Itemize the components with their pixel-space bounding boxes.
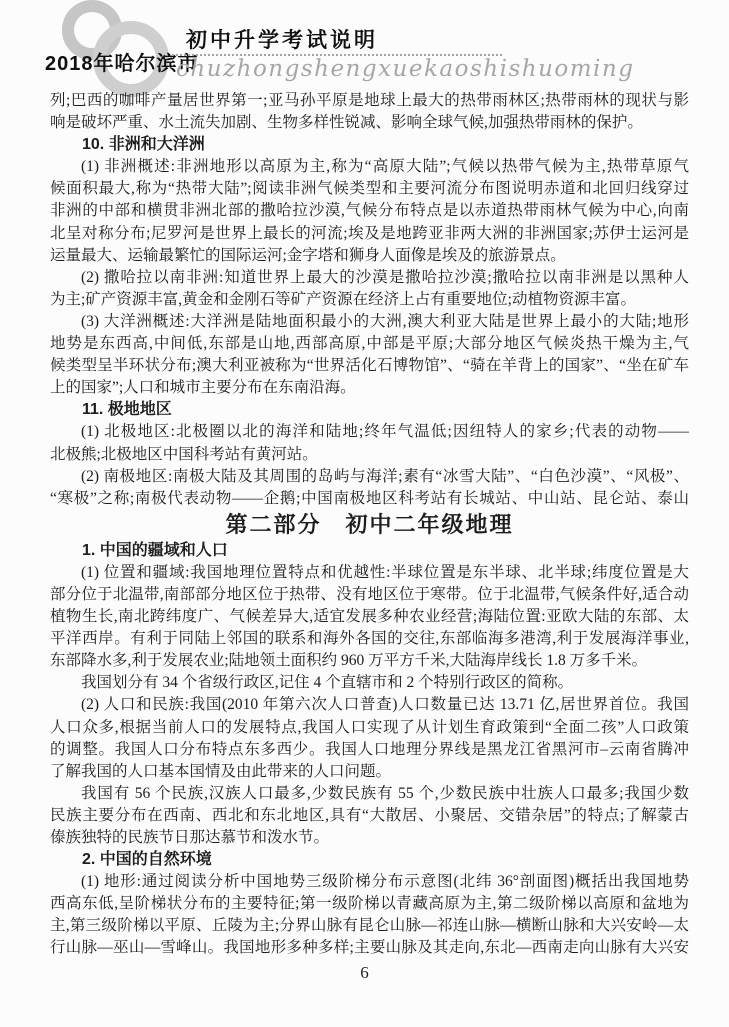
text-line: 我国划分有 34 个省级行政区,记住 4 个直辖市和 2 个特别行政区的简称。 [50, 672, 689, 694]
text-line: (3) 大洋洲概述:大洋洲是陆地面积最小的大洲,澳大利亚大陆是世界上最小的大陆;… [50, 311, 689, 333]
text-line: 候类型呈半环状分布;澳大利亚被称为“世界活化石博物馆”、“骑在羊背上的国家”、“… [50, 355, 689, 377]
text-line: (1) 地形:通过阅读分析中国地势三级阶梯分布示意图(北纬 36°剖面图)概括出… [50, 871, 689, 893]
text-line: (1) 位置和疆域:我国地理位置特点和优越性:半球位置是东半球、北半球;纬度位置… [50, 562, 689, 584]
text-line: 列;巴西的咖啡产量居世界第一;亚马孙平原是地球上最大的热带雨林区;热带雨林的现状… [50, 90, 689, 112]
text-line: 了解我国的人口基本国情及由此带来的人口问题。 [50, 761, 689, 783]
text-line: “寒极”之称;南极代表动物——企鹅;中国南极地区科考站有长城站、中山站、昆仑站、… [50, 488, 689, 510]
topic-heading: 2. 中国的自然环境 [50, 849, 689, 871]
text-line: 北极熊;北极地区中国科考站有黄河站。 [50, 444, 689, 466]
text-line: 地势是东西高,中间低,东部是山地,西部高原,中部是平原;大部分地区气候炎热干燥为… [50, 333, 689, 355]
text-line: (2) 南极地区:南极大陆及其周围的岛屿与海洋;素有“冰雪大陆”、“白色沙漠”、… [50, 466, 689, 488]
text-line: 平洋西岸。有利于同陆上邻国的联系和海外各国的交往,东部临海多港湾,利于发展海洋事… [50, 628, 689, 650]
topic-heading: 11. 极地地区 [50, 399, 689, 421]
text-line: 行山脉—巫山—雪峰山。我国地形多种多样;主要山脉及其走向,东北—西南走向山脉有大… [50, 937, 689, 959]
text-line: 非洲的中部和横贯非洲北部的撒哈拉沙漠,气候分布特点是以赤道热带雨林气候为中心,向… [50, 200, 689, 222]
text-line: 运量最大、运输最繁忙的国际运河;金字塔和狮身人面像是埃及的旅游景点。 [50, 245, 689, 267]
text-line: 的调整。我国人口分布特点东多西少。我国人口地理分界线是黑龙江省黑河市–云南省腾冲… [50, 739, 689, 761]
text-line: 人口众多,根据当前人口的发展特点,我国人口实现了从计划生育政策到“全面二孩”人口… [50, 717, 689, 739]
text-line: 候面积最大,称为“热带大陆”;阅读非洲气候类型和主要河流分布图说明赤道和北回归线… [50, 178, 689, 200]
text-line: 傣族独特的民族节日那达慕节和泼水节。 [50, 827, 689, 849]
document-page: 2018年哈尔滨市 初中升学考试说明 chuzhongshengxuekaosh… [0, 0, 729, 1027]
topic-heading: 10. 非洲和大洋洲 [50, 134, 689, 156]
text-line: 主,第三级阶梯以平原、丘陵为主;分界山脉有昆仑山脉—祁连山脉—横断山脉和大兴安岭… [50, 915, 689, 937]
pinyin-subtitle: chuzhongshengxuekaoshishuoming [176, 56, 634, 82]
text-line: 我国有 56 个民族,汉族人口最多,少数民族有 55 个,少数民族中壮族人口最多… [50, 783, 689, 805]
text-line: 植物生长,南北跨纬度广、气候差异大,适宜发展多种农业经营;海陆位置:亚欧大陆的东… [50, 606, 689, 628]
text-line: 上的国家”;人口和城市主要分布在东南沿海。 [50, 377, 689, 399]
text-line: 北呈对称分布;尼罗河是世界上最长的河流;埃及是地跨亚非两大洲的非洲国家;苏伊士运… [50, 223, 689, 245]
text-line: (2) 撒哈拉以南非洲:知道世界上最大的沙漠是撒哈拉沙漠;撒哈拉以南非洲是以黑种… [50, 267, 689, 289]
text-line: (2) 人口和民族:我国(2010 年第六次人口普查)人口数量已达 13.71 … [50, 694, 689, 716]
text-line: 民族主要分布在西南、西北和东北地区,具有“大散居、小聚居、交错杂居”的特点;了解… [50, 805, 689, 827]
text-line: 西高东低,呈阶梯状分布的主要特征;第一级阶梯以青藏高原为主,第二级阶梯以高原和盆… [50, 893, 689, 915]
topic-heading: 1. 中国的疆域和人口 [50, 540, 689, 562]
text-line: (1) 非洲概述:非洲地形以高原为主,称为“高原大陆”;气候以热带气候为主,热带… [50, 156, 689, 178]
content-lines: 列;巴西的咖啡产量居世界第一;亚马孙平原是地球上最大的热带雨林区;热带雨林的现状… [50, 90, 689, 960]
text-line: 为主;矿产资源丰富,黄金和金刚石等矿产资源在经济上占有重要地位;动植物资源丰富。 [50, 289, 689, 311]
text-line: 东部降水多,利于发展农业;陆地领土面积约 960 万平方千米,大陆海岸线长 1.… [50, 650, 689, 672]
page-number: 6 [0, 963, 729, 983]
book-title: 初中升学考试说明 [186, 24, 378, 54]
section-heading: 第二部分 初中二年级地理 [50, 510, 689, 540]
text-line: 响是破坏严重、水土流失加剧、生物多样性锐减、影响全球气候,加强热带雨林的保护。 [50, 112, 689, 134]
text-line: (1) 北极地区:北极圈以北的海洋和陆地;终年气温低;因纽特人的家乡;代表的动物… [50, 421, 689, 443]
text-line: 部分位于北温带,南部部分地区位于热带、没有地区位于寒带。位于北温带,气候条件好,… [50, 584, 689, 606]
